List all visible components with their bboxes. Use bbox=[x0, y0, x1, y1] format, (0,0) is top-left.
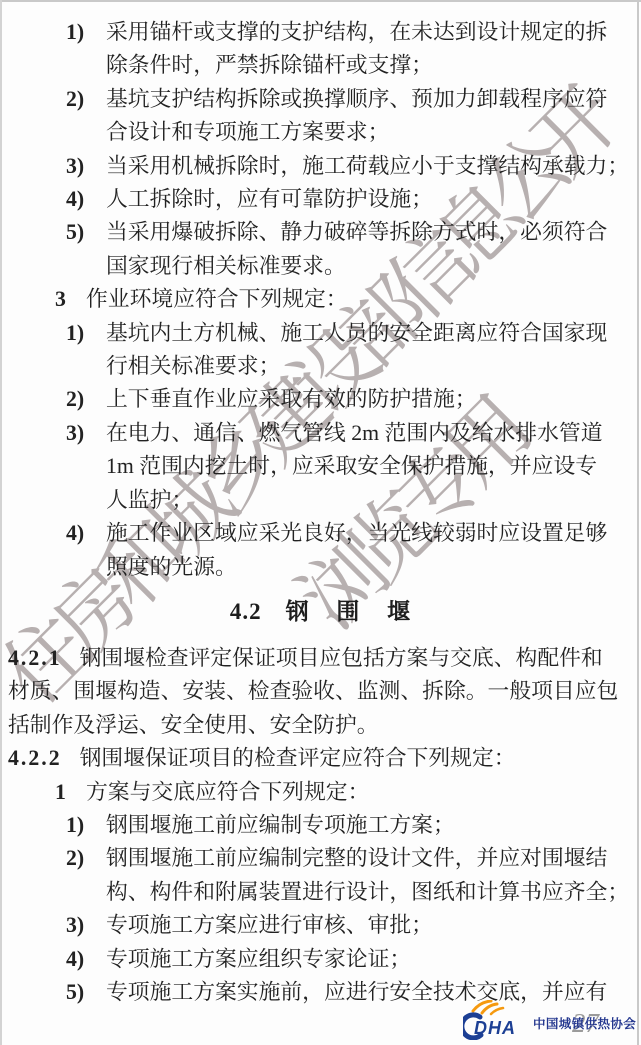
list-item-number: 2) bbox=[66, 83, 84, 116]
article-text: 钢围堰保证项目的检查评定应符合下列规定： bbox=[80, 746, 516, 770]
scan-edge-top bbox=[0, 0, 641, 2]
dha-logo-icon: DHA bbox=[463, 1000, 527, 1040]
list-item-text: 专项施工方案应进行审核、审批； bbox=[106, 909, 632, 942]
intro-item-list: 1) 采用锚杆或支撑的支护结构，在未达到设计规定的拆 除条件时，严禁拆除锚杆或支… bbox=[8, 16, 632, 283]
list-item-number: 1) bbox=[66, 809, 84, 842]
list-item-text: 钢围堰施工前应编制完整的设计文件，并应对围堰结 构、构件和附属装置进行设计，图纸… bbox=[106, 842, 632, 909]
list-item: 2) 钢围堰施工前应编制完整的设计文件，并应对围堰结 构、构件和附属装置进行设计… bbox=[106, 842, 632, 909]
article-text: 钢围堰检查评定保证项目应包括方案与交底、构配件和 材质、围堰构造、安装、检查验收… bbox=[8, 646, 618, 737]
list-item: 4) 人工拆除时，应有可靠防护设施； bbox=[106, 183, 632, 216]
list-item: 4) 施工作业区域应采光良好，当光线较弱时应设置足够 照度的光源。 bbox=[106, 517, 632, 584]
list-item-number: 5) bbox=[66, 216, 84, 249]
sub-item-list: 1) 钢围堰施工前应编制专项施工方案； 2) 钢围堰施工前应编制完整的设计文件，… bbox=[8, 809, 632, 1009]
list-item-number: 3) bbox=[66, 909, 84, 942]
clause-3: 3 作业环境应符合下列规定： bbox=[86, 283, 632, 316]
list-item: 3) 专项施工方案应进行审核、审批； bbox=[106, 909, 632, 942]
scanned-document-page: 住房和城乡建设部信息公开 浏览专用 1) 采用锚杆或支撑的支护结构，在未达到设计… bbox=[0, 0, 641, 1045]
list-item: 2) 上下垂直作业应采取有效的防护措施； bbox=[106, 383, 632, 416]
section-heading: 4.2钢 围 堰 bbox=[8, 596, 632, 628]
list-item-number: 4) bbox=[66, 183, 84, 216]
article-number: 4.2.2 bbox=[8, 746, 62, 770]
clause-text: 作业环境应符合下列规定： bbox=[86, 283, 632, 316]
list-item: 3) 在电力、通信、燃气管线 2m 范围内及给水排水管道 1m 范围内挖土时，应… bbox=[106, 417, 632, 517]
footer-logo: DHA 中国城镇供热协会 bbox=[463, 1000, 636, 1040]
list-item-text: 基坑内土方机械、施工人员的安全距离应符合国家现 行相关标准要求； bbox=[106, 317, 632, 384]
list-item-text: 专项施工方案应组织专家论证； bbox=[106, 943, 632, 976]
list-item-text: 采用锚杆或支撑的支护结构，在未达到设计规定的拆 除条件时，严禁拆除锚杆或支撑； bbox=[106, 16, 632, 83]
list-item-number: 5) bbox=[66, 976, 84, 1009]
article-4-2-1: 4.2.1钢围堰检查评定保证项目应包括方案与交底、构配件和 材质、围堰构造、安装… bbox=[8, 642, 632, 742]
list-item-number: 2) bbox=[66, 383, 84, 416]
clause-number: 1 bbox=[55, 776, 66, 809]
list-item: 1) 基坑内土方机械、施工人员的安全距离应符合国家现 行相关标准要求； bbox=[106, 317, 632, 384]
list-item: 2) 基坑支护结构拆除或换撑顺序、预加力卸载程序应符 合设计和专项施工方案要求； bbox=[106, 83, 632, 150]
list-item-text: 当采用爆破拆除、静力破碎等拆除方式时，必须符合 国家现行相关标准要求。 bbox=[106, 216, 632, 283]
list-item: 1) 采用锚杆或支撑的支护结构，在未达到设计规定的拆 除条件时，严禁拆除锚杆或支… bbox=[106, 16, 632, 83]
section-number: 4.2 bbox=[230, 599, 262, 624]
scan-edge-right bbox=[637, 0, 639, 1045]
article-4-2-2: 4.2.2钢围堰保证项目的检查评定应符合下列规定： bbox=[8, 742, 632, 775]
list-item: 5) 当采用爆破拆除、静力破碎等拆除方式时，必须符合 国家现行相关标准要求。 bbox=[106, 216, 632, 283]
document-body: 1) 采用锚杆或支撑的支护结构，在未达到设计规定的拆 除条件时，严禁拆除锚杆或支… bbox=[8, 16, 632, 1009]
list-item-number: 1) bbox=[66, 16, 84, 49]
scan-edge-left bbox=[0, 0, 2, 1045]
clause-3-item-list: 1) 基坑内土方机械、施工人员的安全距离应符合国家现 行相关标准要求； 2) 上… bbox=[8, 317, 632, 584]
logo-org-name: 中国城镇供热协会 bbox=[533, 1014, 636, 1032]
clause-text: 方案与交底应符合下列规定： bbox=[86, 776, 632, 809]
list-item-text: 在电力、通信、燃气管线 2m 范围内及给水排水管道 1m 范围内挖土时，应采取安… bbox=[106, 417, 632, 517]
logo-abbr: DHA bbox=[474, 1018, 516, 1038]
list-item-number: 4) bbox=[66, 943, 84, 976]
list-item-text: 人工拆除时，应有可靠防护设施； bbox=[106, 183, 632, 216]
section-title: 钢 围 堰 bbox=[286, 599, 411, 624]
sub-clause-1: 1 方案与交底应符合下列规定： bbox=[86, 776, 632, 809]
article-number: 4.2.1 bbox=[8, 646, 62, 670]
list-item-number: 2) bbox=[66, 842, 84, 875]
list-item-text: 上下垂直作业应采取有效的防护措施； bbox=[106, 383, 632, 416]
clause-number: 3 bbox=[55, 283, 66, 316]
list-item: 4) 专项施工方案应组织专家论证； bbox=[106, 943, 632, 976]
list-item-number: 3) bbox=[66, 150, 84, 183]
list-item-number: 3) bbox=[66, 417, 84, 450]
list-item-text: 当采用机械拆除时，施工荷载应小于支撑结构承载力； bbox=[106, 150, 632, 183]
list-item-text: 钢围堰施工前应编制专项施工方案； bbox=[106, 809, 632, 842]
list-item-number: 4) bbox=[66, 517, 84, 550]
list-item: 3) 当采用机械拆除时，施工荷载应小于支撑结构承载力； bbox=[106, 150, 632, 183]
list-item-number: 1) bbox=[66, 317, 84, 350]
list-item-text: 施工作业区域应采光良好，当光线较弱时应设置足够 照度的光源。 bbox=[106, 517, 632, 584]
list-item-text: 基坑支护结构拆除或换撑顺序、预加力卸载程序应符 合设计和专项施工方案要求； bbox=[106, 83, 632, 150]
list-item: 1) 钢围堰施工前应编制专项施工方案； bbox=[106, 809, 632, 842]
